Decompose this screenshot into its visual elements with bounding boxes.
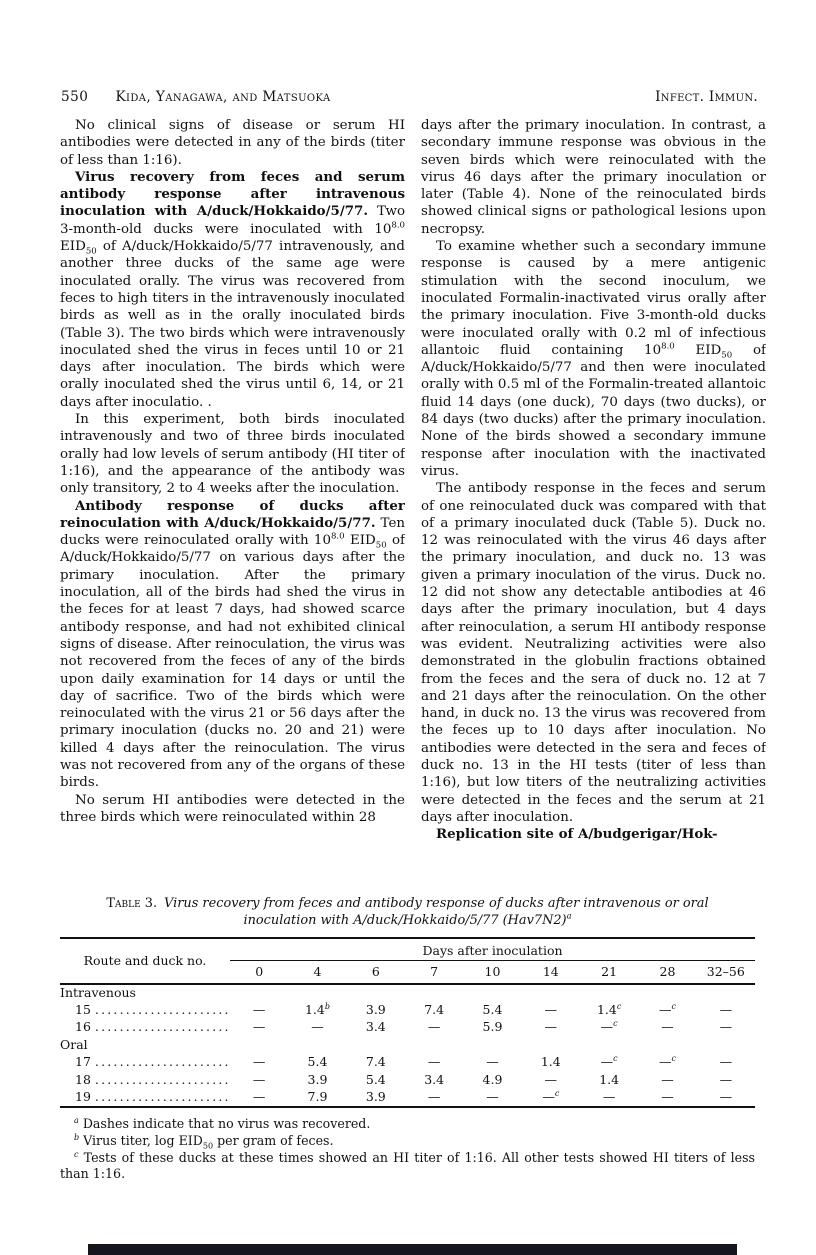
paragraph: The antibody response in the feces and s… <box>421 480 766 826</box>
table-cell: 3.4 <box>347 1019 405 1036</box>
cell-value: 3.9 <box>308 1072 328 1087</box>
table-cell: — <box>522 1072 580 1089</box>
table-cell: — <box>230 1019 288 1036</box>
table-spanner-header: Days after inoculation <box>230 938 755 961</box>
cell-value: — <box>720 1002 733 1017</box>
table-cell: 3.9 <box>347 1089 405 1107</box>
text-segment: days after the primary inoculation. In c… <box>421 118 766 237</box>
table-row: 16.......................... — — 3.4 — 5… <box>60 1019 755 1036</box>
table-cell: — <box>580 1089 638 1107</box>
table-caption-footnote-marker: a <box>567 911 572 921</box>
table-cell: —c <box>580 1054 638 1071</box>
table-cell: — <box>697 1002 755 1019</box>
text-segment: No clinical signs of disease or serum HI… <box>60 118 405 168</box>
left-column: No clinical signs of disease or serum HI… <box>60 117 405 899</box>
table3: Route and duck no. Days after inoculatio… <box>60 937 755 1109</box>
superscript: 8.0 <box>661 341 675 351</box>
table-cell: — <box>230 1089 288 1107</box>
table-cell: 1.4 <box>522 1054 580 1071</box>
table3-block: Table 3.Virus recovery from feces and an… <box>60 896 755 1183</box>
table-cell: 1.4c <box>580 1002 638 1019</box>
text-segment: EID <box>345 533 376 548</box>
cell-value: 7.4 <box>366 1054 386 1069</box>
paragraph: No clinical signs of disease or serum HI… <box>60 117 405 169</box>
footnote: c Tests of these ducks at these times sh… <box>60 1150 755 1183</box>
paragraph: No serum HI antibodies were detected in … <box>60 792 405 827</box>
cell-value: — <box>603 1089 616 1104</box>
table-cell: — <box>288 1019 346 1036</box>
cell-value: — <box>659 1002 672 1017</box>
paragraph: In this experiment, both birds inoculate… <box>60 411 405 497</box>
cell-value: 5.4 <box>366 1072 386 1087</box>
table-cell: 1.4b <box>288 1002 346 1019</box>
text-segment: No serum HI antibodies were detected in … <box>60 793 405 825</box>
table-cell: 7.4 <box>347 1054 405 1071</box>
table-cell: — <box>697 1072 755 1089</box>
table-cell: — <box>638 1089 696 1107</box>
table-cell: —c <box>580 1019 638 1036</box>
column-header: 4 <box>288 960 346 984</box>
cell-value: — <box>720 1054 733 1069</box>
cell-value: — <box>253 1072 266 1087</box>
cell-value: — <box>601 1054 614 1069</box>
footnote: a Dashes indicate that no virus was reco… <box>60 1116 755 1133</box>
cell-footnote-marker: b <box>325 1002 330 1011</box>
scan-artifact-bar <box>88 1244 737 1255</box>
table-group-row: Oral <box>60 1037 755 1054</box>
cell-value: — <box>253 1002 266 1017</box>
row-stub: 19.......................... <box>60 1089 230 1107</box>
section-lead: Replication site of A/budgerigar/Hok- <box>436 826 718 842</box>
table-cell: 7.4 <box>405 1002 463 1019</box>
table-cell: — <box>463 1089 521 1107</box>
cell-value: — <box>486 1089 499 1104</box>
table-group-row: Intravenous <box>60 984 755 1002</box>
cell-value: — <box>428 1089 441 1104</box>
section-lead: Antibody response of ducks after reinocu… <box>60 498 405 531</box>
duck-number: 19 <box>60 1089 91 1104</box>
cell-value: — <box>545 1019 558 1034</box>
cell-footnote-marker: c <box>613 1019 617 1028</box>
table-row: 18.......................... — 3.9 5.4 3… <box>60 1072 755 1089</box>
journal-page: 550 Kida, Yanagawa, and Matsuoka Infect.… <box>0 0 816 1255</box>
cell-value: 1.4 <box>597 1002 617 1017</box>
dot-leader: .......................... <box>95 1054 230 1069</box>
row-stub: 18.......................... <box>60 1072 230 1089</box>
cell-value: — <box>661 1072 674 1087</box>
cell-footnote-marker: c <box>671 1054 675 1063</box>
text-segment: of A/duck/Hokkaido/5/77 on various days … <box>60 533 405 790</box>
table-cell: 1.4 <box>580 1072 638 1089</box>
page-number: 550 <box>61 89 88 105</box>
cell-value: — <box>486 1054 499 1069</box>
text-segment: EID <box>60 239 86 254</box>
table-cell: — <box>405 1054 463 1071</box>
column-header: 14 <box>522 960 580 984</box>
table-cell: — <box>463 1054 521 1071</box>
cell-footnote-marker: c <box>613 1054 617 1063</box>
footnote-text: Tests of these ducks at these times show… <box>60 1150 755 1182</box>
dot-leader: .......................... <box>95 1089 230 1104</box>
cell-value: 1.4 <box>541 1054 561 1069</box>
text-segment: The antibody response in the feces and s… <box>421 481 766 825</box>
table-cell: 7.9 <box>288 1089 346 1107</box>
paragraph: Antibody response of ducks after reinocu… <box>60 498 405 792</box>
table-cell: 4.9 <box>463 1072 521 1089</box>
row-stub: 16.......................... <box>60 1019 230 1036</box>
table-cell: — <box>230 1002 288 1019</box>
cell-value: 7.4 <box>424 1002 444 1017</box>
column-header: 10 <box>463 960 521 984</box>
table-cell: — <box>230 1072 288 1089</box>
table-cell: 5.4 <box>288 1054 346 1071</box>
right-column: days after the primary inoculation. In c… <box>421 117 766 899</box>
row-stub: 17.......................... <box>60 1054 230 1071</box>
table-row: 15.......................... — 1.4b 3.9 … <box>60 1002 755 1019</box>
paragraph: To examine whether such a secondary immu… <box>421 238 766 480</box>
cell-value: 1.4 <box>599 1072 619 1087</box>
cell-value: 3.4 <box>366 1019 386 1034</box>
table-cell: — <box>638 1019 696 1036</box>
section-lead: Virus recovery from feces and serum anti… <box>60 169 405 220</box>
cell-footnote-marker: c <box>671 1002 675 1011</box>
table-cell: — <box>405 1089 463 1107</box>
table-caption-label: Table 3. <box>106 896 157 911</box>
cell-value: 3.4 <box>424 1072 444 1087</box>
paragraph: days after the primary inoculation. In c… <box>421 117 766 238</box>
row-stub: 15.......................... <box>60 1002 230 1019</box>
footnote-text: per gram of feces. <box>213 1133 333 1148</box>
cell-value: 4.9 <box>483 1072 503 1087</box>
cell-value: — <box>253 1054 266 1069</box>
table-cell: 3.4 <box>405 1072 463 1089</box>
cell-value: — <box>661 1019 674 1034</box>
dot-leader: .......................... <box>95 1072 230 1087</box>
text-segment: EID <box>675 343 722 358</box>
cell-value: — <box>545 1072 558 1087</box>
table-cell: — <box>405 1019 463 1036</box>
table-cell: — <box>638 1072 696 1089</box>
table-row: 17.......................... — 5.4 7.4 —… <box>60 1054 755 1071</box>
cell-value: 7.9 <box>308 1089 328 1104</box>
cell-value: — <box>720 1019 733 1034</box>
column-header: 6 <box>347 960 405 984</box>
text-segment: In this experiment, both birds inoculate… <box>60 412 405 496</box>
table-cell: —c <box>638 1002 696 1019</box>
table-cell: 3.9 <box>347 1002 405 1019</box>
text-segment: To examine whether such a secondary immu… <box>421 239 766 358</box>
table-cell: 5.4 <box>347 1072 405 1089</box>
column-header: 0 <box>230 960 288 984</box>
journal-name: Infect. Immun. <box>655 89 758 105</box>
cell-value: — <box>542 1089 555 1104</box>
table-cell: 5.4 <box>463 1002 521 1019</box>
cell-value: 3.9 <box>366 1089 386 1104</box>
cell-value: 5.9 <box>483 1019 503 1034</box>
cell-value: — <box>601 1019 614 1034</box>
table-caption: Table 3.Virus recovery from feces and an… <box>82 896 734 930</box>
paragraph: Replication site of A/budgerigar/Hok- <box>421 826 766 843</box>
running-head: 550 Kida, Yanagawa, and Matsuoka Infect.… <box>61 89 758 105</box>
table-header-row: Route and duck no. Days after inoculatio… <box>60 938 755 961</box>
column-header: 28 <box>638 960 696 984</box>
table-stub-header: Route and duck no. <box>60 938 230 984</box>
cell-value: — <box>661 1089 674 1104</box>
table-cell: — <box>697 1019 755 1036</box>
duck-number: 16 <box>60 1019 91 1034</box>
table-cell: — <box>230 1054 288 1071</box>
cell-value: 5.4 <box>483 1002 503 1017</box>
table-row: 19.......................... — 7.9 3.9 —… <box>60 1089 755 1107</box>
group-label: Oral <box>60 1037 755 1054</box>
footnote-text: Virus titer, log EID <box>79 1133 203 1148</box>
cell-value: — <box>253 1019 266 1034</box>
cell-value: 1.4 <box>305 1002 325 1017</box>
cell-value: 3.9 <box>366 1002 386 1017</box>
cell-value: — <box>428 1019 441 1034</box>
cell-value: — <box>311 1019 324 1034</box>
column-header: 7 <box>405 960 463 984</box>
table-cell: —c <box>522 1089 580 1107</box>
cell-value: 5.4 <box>308 1054 328 1069</box>
dot-leader: .......................... <box>95 1002 230 1017</box>
text-segment: of A/duck/Hokkaido/5/77 and then were in… <box>421 343 766 479</box>
column-header: 32–56 <box>697 960 755 984</box>
group-label: Intravenous <box>60 984 755 1002</box>
table-footnotes: a Dashes indicate that no virus was reco… <box>60 1116 755 1182</box>
duck-number: 18 <box>60 1072 91 1087</box>
cell-value: — <box>720 1089 733 1104</box>
cell-value: — <box>659 1054 672 1069</box>
cell-value: — <box>545 1002 558 1017</box>
dot-leader: .......................... <box>95 1019 230 1034</box>
running-authors: Kida, Yanagawa, and Matsuoka <box>115 89 330 105</box>
table-cell: 5.9 <box>463 1019 521 1036</box>
table-cell: — <box>522 1019 580 1036</box>
cell-value: — <box>253 1089 266 1104</box>
duck-number: 15 <box>60 1002 91 1017</box>
table-cell: — <box>522 1002 580 1019</box>
paragraph: Virus recovery from feces and serum anti… <box>60 169 405 411</box>
footnote: b Virus titer, log EID50 per gram of fec… <box>60 1133 755 1150</box>
cell-value: — <box>720 1072 733 1087</box>
cell-footnote-marker: c <box>555 1089 559 1098</box>
superscript: 8.0 <box>391 220 405 230</box>
column-header: 21 <box>580 960 638 984</box>
table-cell: — <box>697 1089 755 1107</box>
table-cell: —c <box>638 1054 696 1071</box>
cell-value: — <box>428 1054 441 1069</box>
footnote-text: Dashes indicate that no virus was recove… <box>79 1116 371 1131</box>
duck-number: 17 <box>60 1054 91 1069</box>
table-caption-text: Virus recovery from feces and antibody r… <box>164 896 709 928</box>
table-cell: 3.9 <box>288 1072 346 1089</box>
text-segment: of A/duck/Hokkaido/5/77 intravenously, a… <box>60 239 405 410</box>
superscript: 8.0 <box>331 532 345 542</box>
cell-footnote-marker: c <box>617 1002 621 1011</box>
table-cell: — <box>697 1054 755 1071</box>
